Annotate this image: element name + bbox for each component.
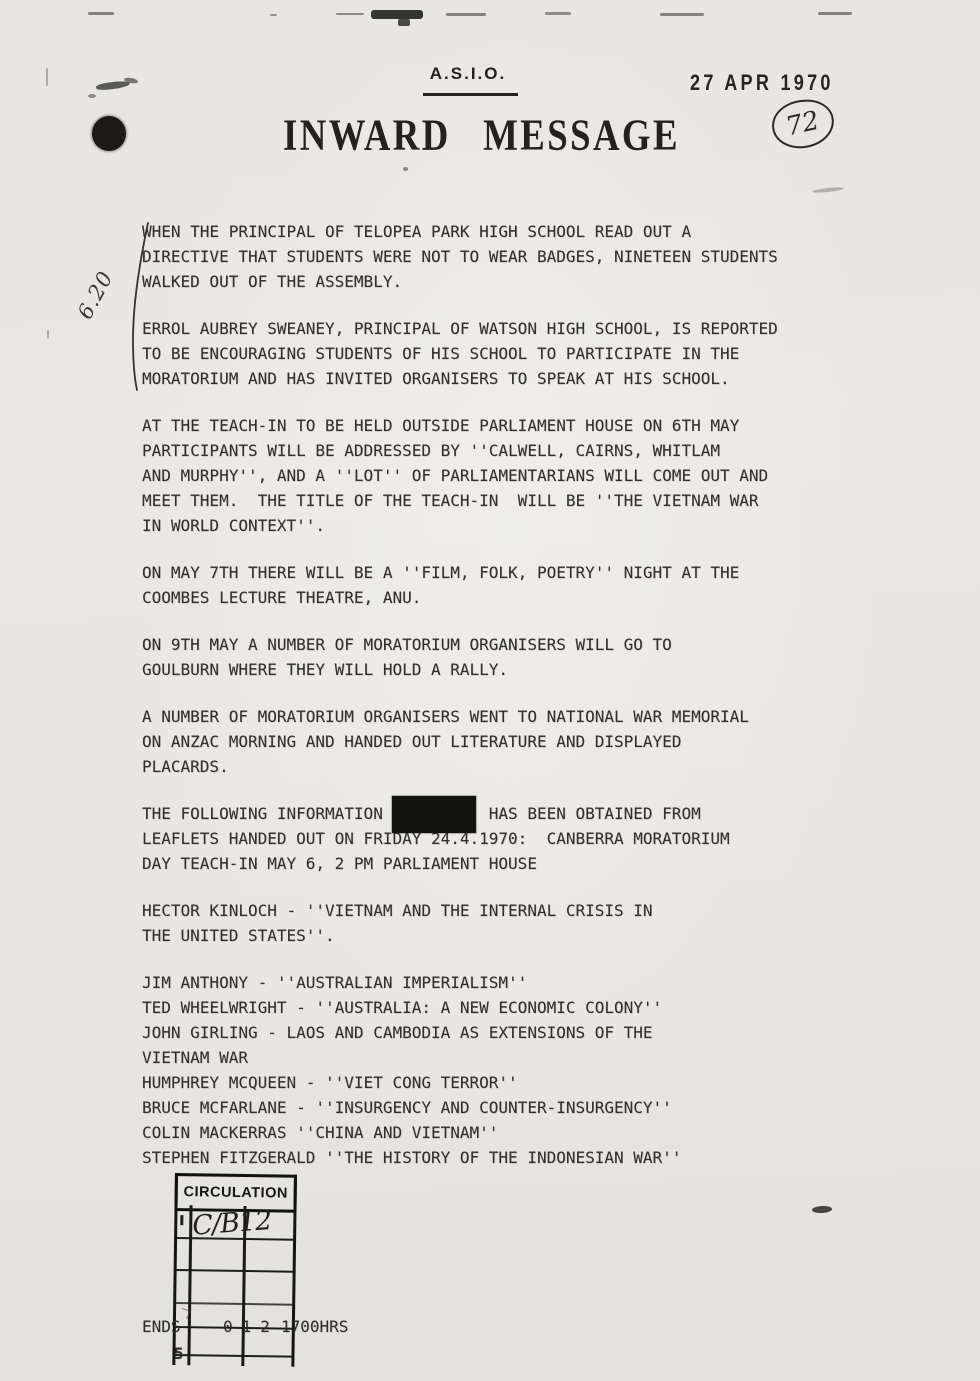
stamp-tick-mark — [180, 1215, 183, 1225]
page-number: 5 — [174, 1344, 184, 1363]
scanned-document-page: A.S.I.O. 27 APR 1970 INWARD MESSAGE 72 6… — [0, 0, 980, 1381]
paragraph: A NUMBER OF MORATORIUM ORGANISERS WENT T… — [142, 704, 822, 779]
paragraph: AT THE TEACH-IN TO BE HELD OUTSIDE PARLI… — [142, 413, 822, 538]
paragraph: ERROL AUBREY SWEANEY, PRINCIPAL OF WATSO… — [142, 316, 822, 391]
paragraph: WHEN THE PRINCIPAL OF TELOPEA PARK HIGH … — [142, 219, 822, 294]
redaction-box — [392, 796, 476, 833]
paragraph: ON MAY 7TH THERE WILL BE A ''FILM, FOLK,… — [142, 560, 822, 610]
message-body: WHEN THE PRINCIPAL OF TELOPEA PARK HIGH … — [142, 219, 822, 1192]
paragraph: HECTOR KINLOCH - ''VIETNAM AND THE INTER… — [142, 898, 822, 948]
stamp-handwritten-entry: C/B12 — [191, 1205, 272, 1242]
time-label: 1700HRS — [281, 1317, 348, 1336]
paragraph: THE FOLLOWING INFORMATION HAS BEEN OBTAI… — [142, 801, 822, 876]
redacted-paragraph-wrap: THE FOLLOWING INFORMATION HAS BEEN OBTAI… — [142, 801, 822, 876]
message-serial: 012 — [223, 1317, 279, 1336]
ends-label: ENDS — [142, 1317, 181, 1336]
paragraph: JIM ANTHONY - ''AUSTRALIAN IMPERIALISM''… — [142, 970, 822, 1170]
paragraph: ON 9TH MAY A NUMBER OF MORATORIUM ORGANI… — [142, 632, 822, 682]
footer-row: ENDS 012 1700HRS 5 — [0, 1317, 980, 1343]
